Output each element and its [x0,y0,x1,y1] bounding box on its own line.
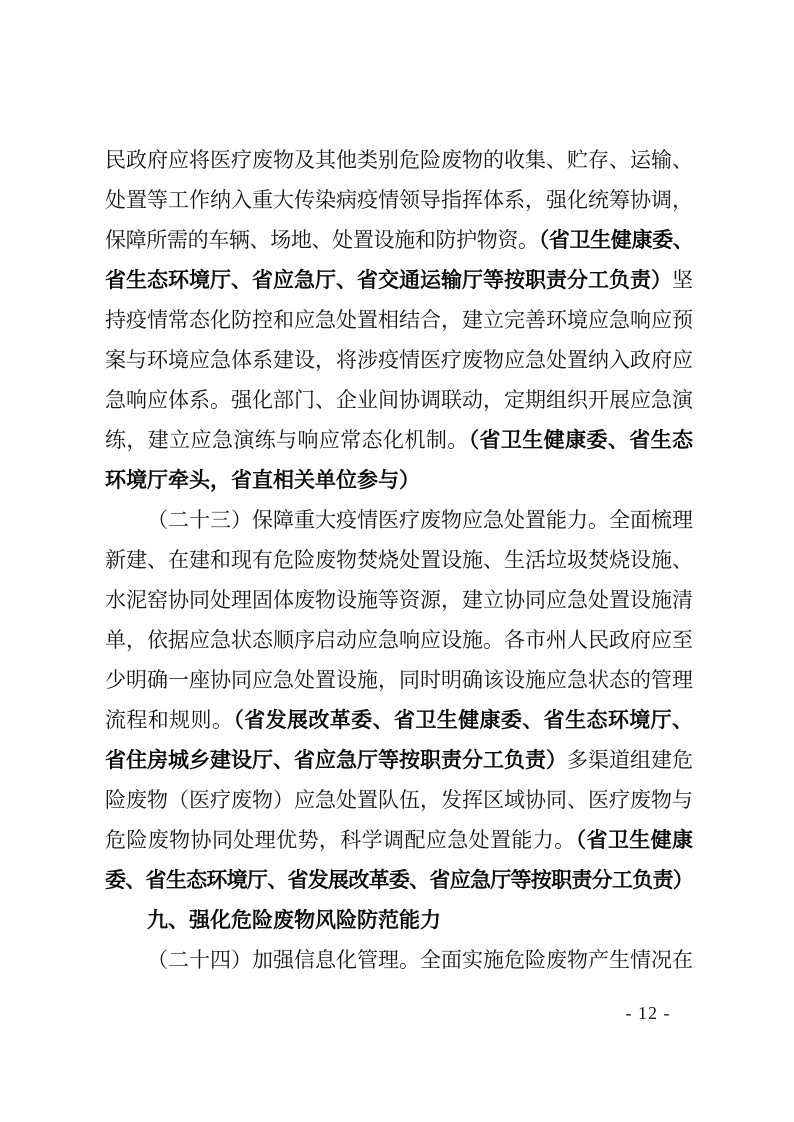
body-text-segment: 民政府应将医疗废物及其他类别危险废物的收集、贮存、运输、 [105,148,693,172]
responsible-units-bold: 省生态环境厅、省应急厅、省交通运输厅等按职责分工负责） [105,267,672,292]
body-text-segment: 多渠道组建危 [567,748,693,772]
section-heading-text: 九、强化危险废物风险防范能力 [147,908,441,932]
page-number: - 12 - [612,1000,684,1026]
text-line: 险废物（医疗废物）应急处置队伍，发挥区域协同、医疗废物与 [105,780,693,820]
text-line: 练，建立应急演练与响应常态化机制。（省卫生健康委、省生态 [105,420,693,460]
responsible-units-bold: （省发展改革委、省卫生健康委、省生态环境厅、 [233,707,693,732]
responsible-units-bold: 环境厅牵头，省直相关单位参与） [105,467,420,492]
paragraph-24-start: （二十四）加强信息化管理。全面实施危险废物产生情况在 [105,940,693,980]
body-text-segment: 案与环境应急体系建设，将涉疫情医疗废物应急处置纳入政府应 [105,348,693,372]
body-text-segment: 急响应体系。强化部门、企业间协调联动，定期组织开展应急演 [105,388,693,412]
text-line: 案与环境应急体系建设，将涉疫情医疗废物应急处置纳入政府应 [105,340,693,380]
body-text-segment: 险废物（医疗废物）应急处置队伍，发挥区域协同、医疗废物与 [105,788,693,812]
text-line: 委、省生态环境厅、省发展改革委、省应急厅等按职责分工负责） [105,860,693,900]
text-line: 持疫情常态化防控和应急处置相结合，建立完善环境应急响应预 [105,300,693,340]
text-line: 急响应体系。强化部门、企业间协调联动，定期组织开展应急演 [105,380,693,420]
text-line: 处置等工作纳入重大传染病疫情领导指挥体系，强化统筹协调， [105,180,693,220]
responsible-units-bold: 委、省生态环境厅、省发展改革委、省应急厅等按职责分工负责） [105,867,693,892]
body-text-segment: （二十三）保障重大疫情医疗废物应急处置能力。全面梳理 [147,508,693,532]
text-line: 省住房城乡建设厅、省应急厅等按职责分工负责）多渠道组建危 [105,740,693,780]
text-line: 环境厅牵头，省直相关单位参与） [105,460,693,500]
responsible-units-bold: 省住房城乡建设厅、省应急厅等按职责分工负责） [105,747,567,772]
text-line: 单，依据应急状态顺序启动应急响应设施。各市州人民政府应至 [105,620,693,660]
body-text-segment: 保障所需的车辆、场地、处置设施和防护物资。 [105,228,539,252]
body-text-segment: 水泥窑协同处理固体废物设施等资源，建立协同应急处置设施清 [105,588,693,612]
body-text-segment: 坚 [672,268,693,292]
text-line: 保障所需的车辆、场地、处置设施和防护物资。（省卫生健康委、 [105,220,693,260]
body-text-segment: 处置等工作纳入重大传染病疫情领导指挥体系，强化统筹协调， [105,188,693,212]
text-line: 省生态环境厅、省应急厅、省交通运输厅等按职责分工负责）坚 [105,260,693,300]
text-line: 危险废物协同处理优势，科学调配应急处置能力。（省卫生健康 [105,820,693,860]
document-page: 民政府应将医疗废物及其他类别危险废物的收集、贮存、运输、 处置等工作纳入重大传染… [0,0,794,1122]
body-text-segment: （二十四）加强信息化管理。全面实施危险废物产生情况在 [147,948,693,972]
text-line: 民政府应将医疗废物及其他类别危险废物的收集、贮存、运输、 [105,140,693,180]
body-text-segment: 危险废物协同处理优势，科学调配应急处置能力。 [105,828,576,852]
section-heading: 九、强化危险废物风险防范能力 [105,900,693,940]
paragraph-23-start: （二十三）保障重大疫情医疗废物应急处置能力。全面梳理 [105,500,693,540]
body-text-segment: 单，依据应急状态顺序启动应急响应设施。各市州人民政府应至 [105,628,693,652]
text-line: 新建、在建和现有危险废物焚烧处置设施、生活垃圾焚烧设施、 [105,540,693,580]
text-line: 流程和规则。（省发展改革委、省卫生健康委、省生态环境厅、 [105,700,693,740]
responsible-units-bold: （省卫生健康 [576,827,693,852]
body-text-segment: 持疫情常态化防控和应急处置相结合，建立完善环境应急响应预 [105,308,693,332]
text-line: 少明确一座协同应急处置设施，同时明确该设施应急状态的管理 [105,660,693,700]
body-text: 民政府应将医疗废物及其他类别危险废物的收集、贮存、运输、 处置等工作纳入重大传染… [105,140,693,980]
responsible-units-bold: （省卫生健康委、省生态 [469,427,693,452]
body-text-segment: 新建、在建和现有危险废物焚烧处置设施、生活垃圾焚烧设施、 [105,548,693,572]
body-text-segment: 少明确一座协同应急处置设施，同时明确该设施应急状态的管理 [105,668,693,692]
text-line: 水泥窑协同处理固体废物设施等资源，建立协同应急处置设施清 [105,580,693,620]
body-text-segment: 练，建立应急演练与响应常态化机制。 [105,428,469,452]
body-text-segment: 流程和规则。 [105,708,233,732]
responsible-units-bold: （省卫生健康委、 [539,227,693,252]
